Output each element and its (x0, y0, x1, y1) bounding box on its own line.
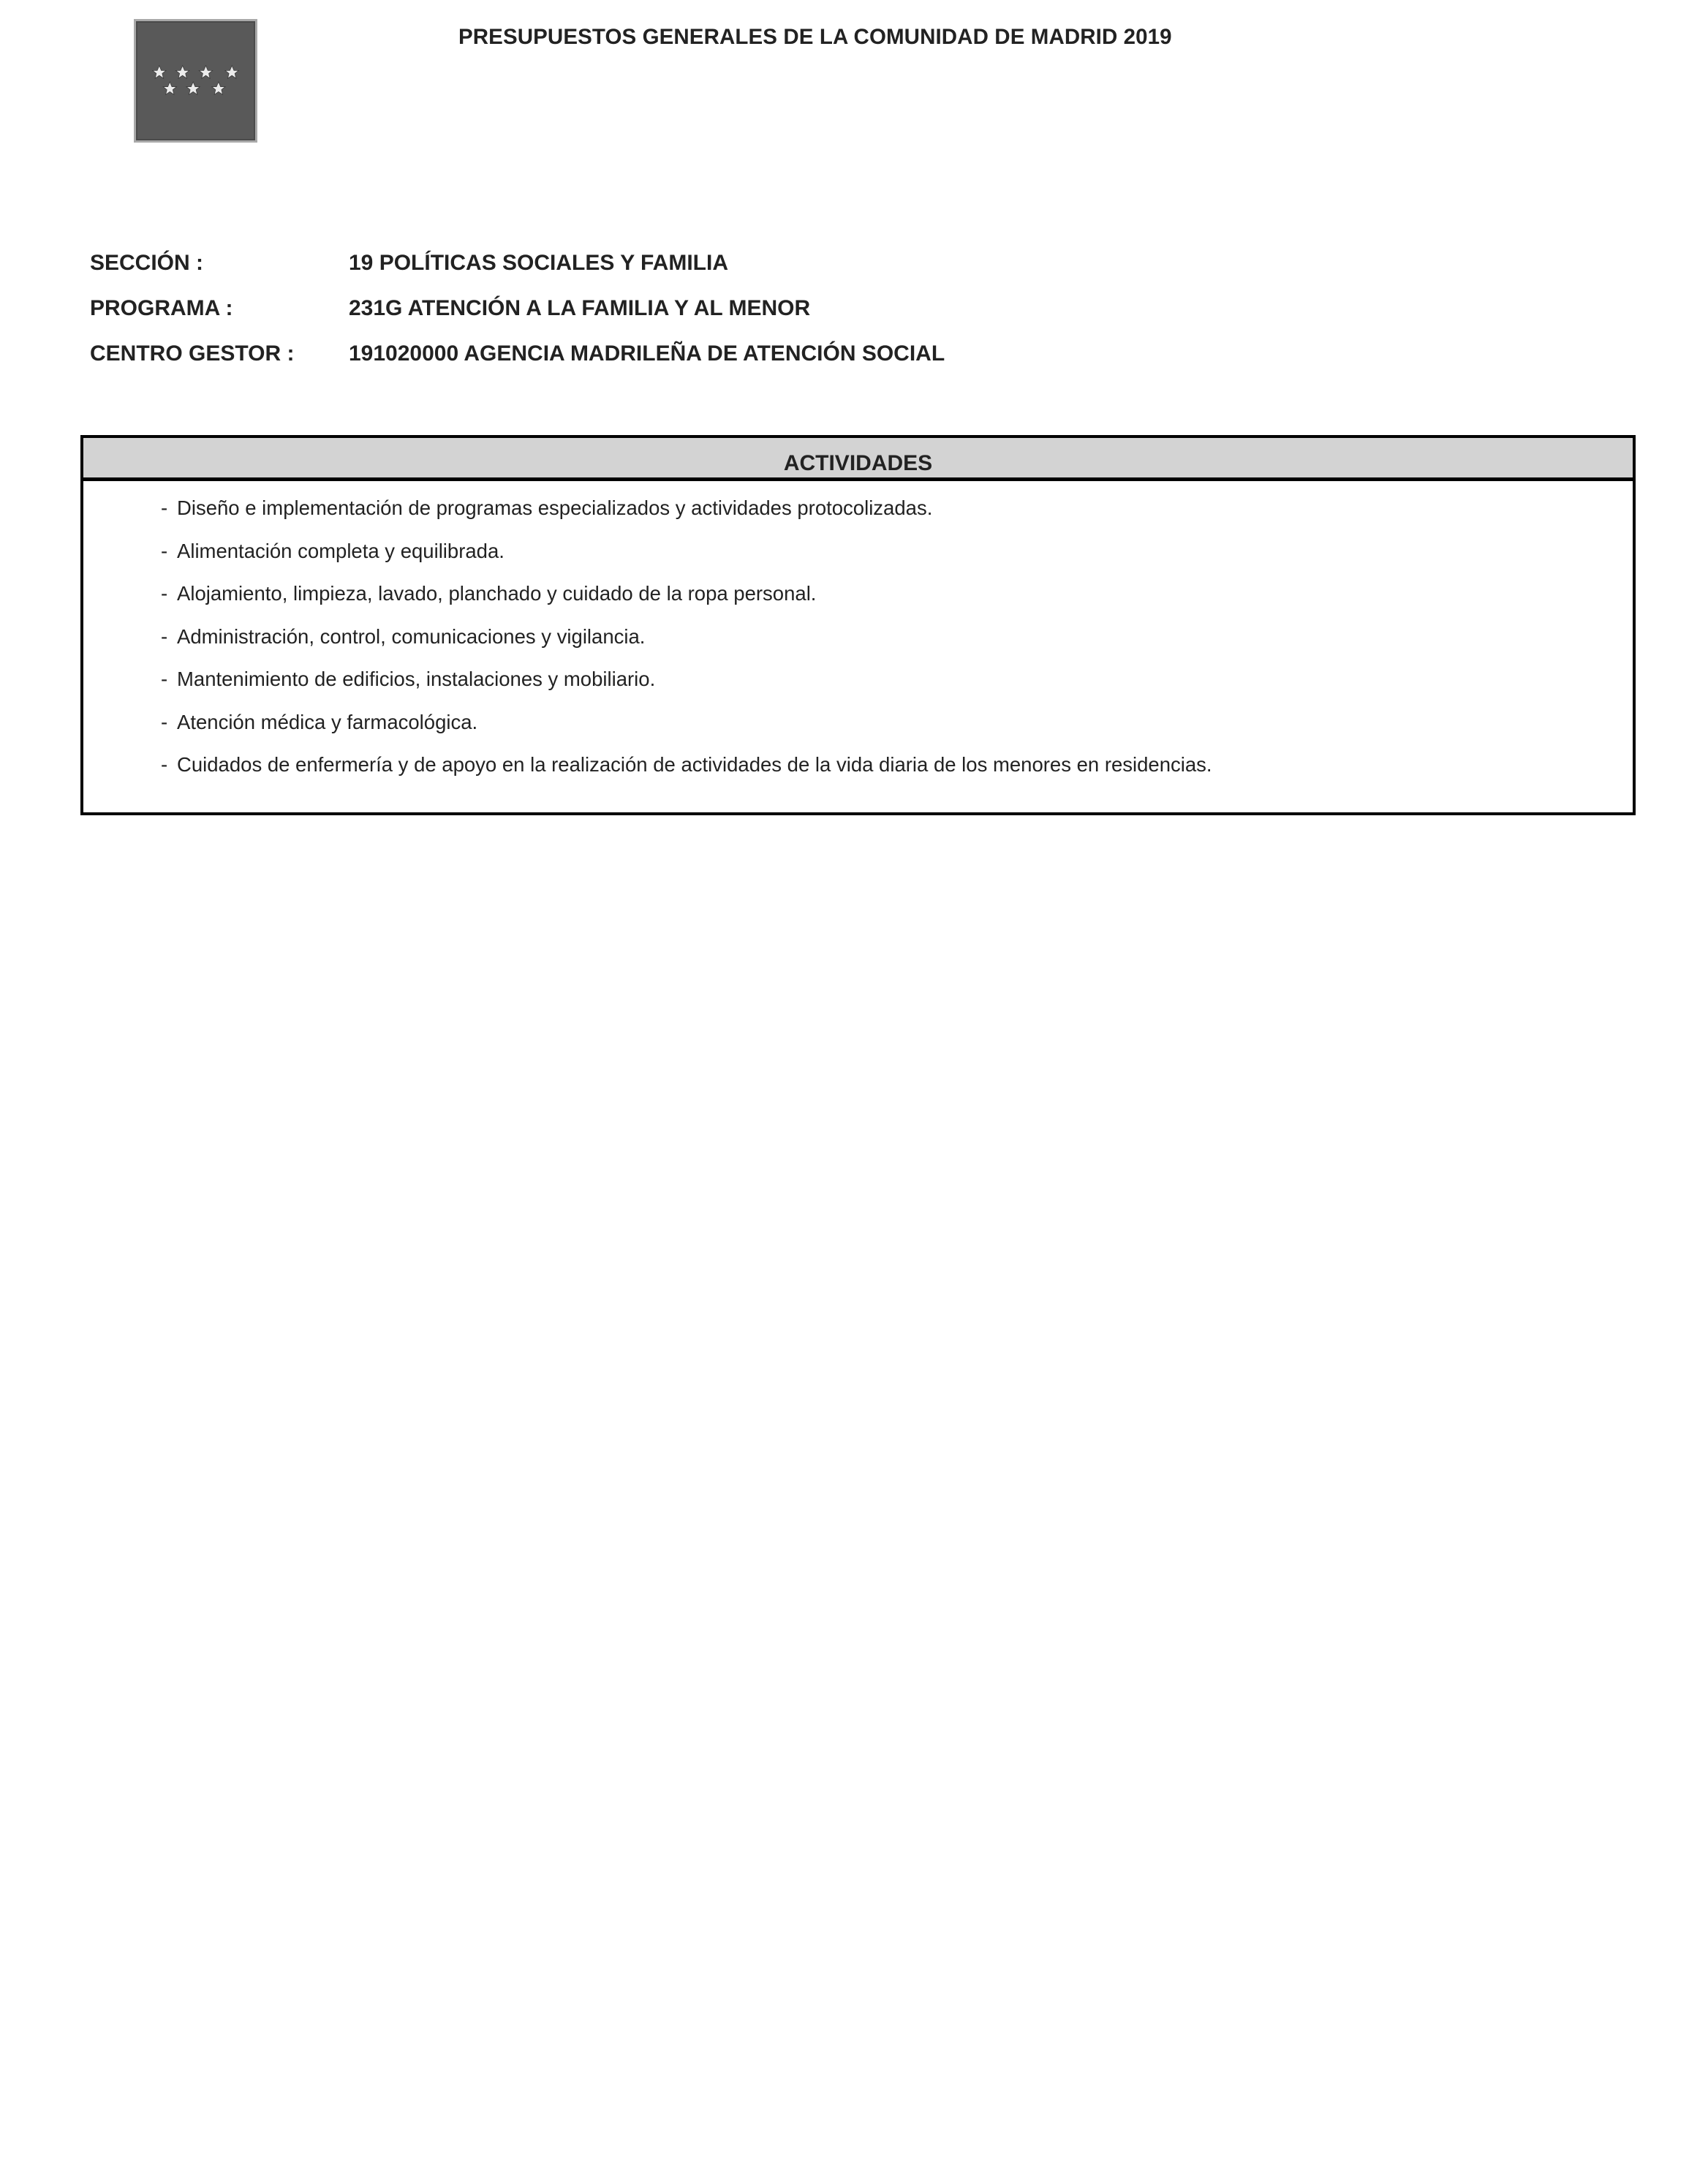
seccion-value: 19 POLÍTICAS SOCIALES Y FAMILIA (349, 251, 728, 276)
list-item-text: Alojamiento, limpieza, lavado, planchado… (177, 582, 816, 605)
bullet-dash: - (161, 753, 177, 777)
comunidad-madrid-logo (134, 19, 257, 143)
list-item-text: Administración, control, comunicaciones … (177, 625, 645, 648)
bullet-dash: - (161, 625, 177, 649)
centro-gestor-value: 191020000 AGENCIA MADRILEÑA DE ATENCIÓN … (349, 341, 945, 366)
list-item: -Administración, control, comunicaciones… (161, 625, 1212, 668)
list-item-text: Diseño e implementación de programas esp… (177, 496, 932, 519)
actividades-list: -Diseño e implementación de programas es… (161, 496, 1212, 796)
list-item: -Diseño e implementación de programas es… (161, 496, 1212, 540)
list-item: -Cuidados de enfermería y de apoyo en la… (161, 753, 1212, 796)
bullet-dash: - (161, 496, 177, 520)
list-item-text: Atención médica y farmacológica. (177, 711, 477, 733)
programa-label: PROGRAMA : (90, 296, 233, 321)
list-item-text: Alimentación completa y equilibrada. (177, 540, 505, 562)
centro-gestor-label: CENTRO GESTOR : (90, 341, 294, 366)
bullet-dash: - (161, 582, 177, 605)
list-item: -Mantenimiento de edificios, instalacion… (161, 668, 1212, 711)
document-title: PRESUPUESTOS GENERALES DE LA COMUNIDAD D… (458, 25, 1172, 50)
actividades-header: ACTIVIDADES (83, 438, 1633, 481)
list-item: -Alojamiento, limpieza, lavado, planchad… (161, 582, 1212, 625)
actividades-heading: ACTIVIDADES (83, 451, 1633, 476)
bullet-dash: - (161, 711, 177, 734)
bullet-dash: - (161, 540, 177, 563)
seccion-label: SECCIÓN : (90, 251, 203, 276)
actividades-table: ACTIVIDADES -Diseño e implementación de … (80, 435, 1636, 815)
list-item-text: Mantenimiento de edificios, instalacione… (177, 668, 655, 690)
list-item: -Alimentación completa y equilibrada. (161, 540, 1212, 583)
stars-icon (136, 21, 255, 140)
list-item: -Atención médica y farmacológica. (161, 711, 1212, 754)
bullet-dash: - (161, 668, 177, 691)
list-item-text: Cuidados de enfermería y de apoyo en la … (177, 753, 1212, 776)
programa-value: 231G ATENCIÓN A LA FAMILIA Y AL MENOR (349, 296, 810, 321)
